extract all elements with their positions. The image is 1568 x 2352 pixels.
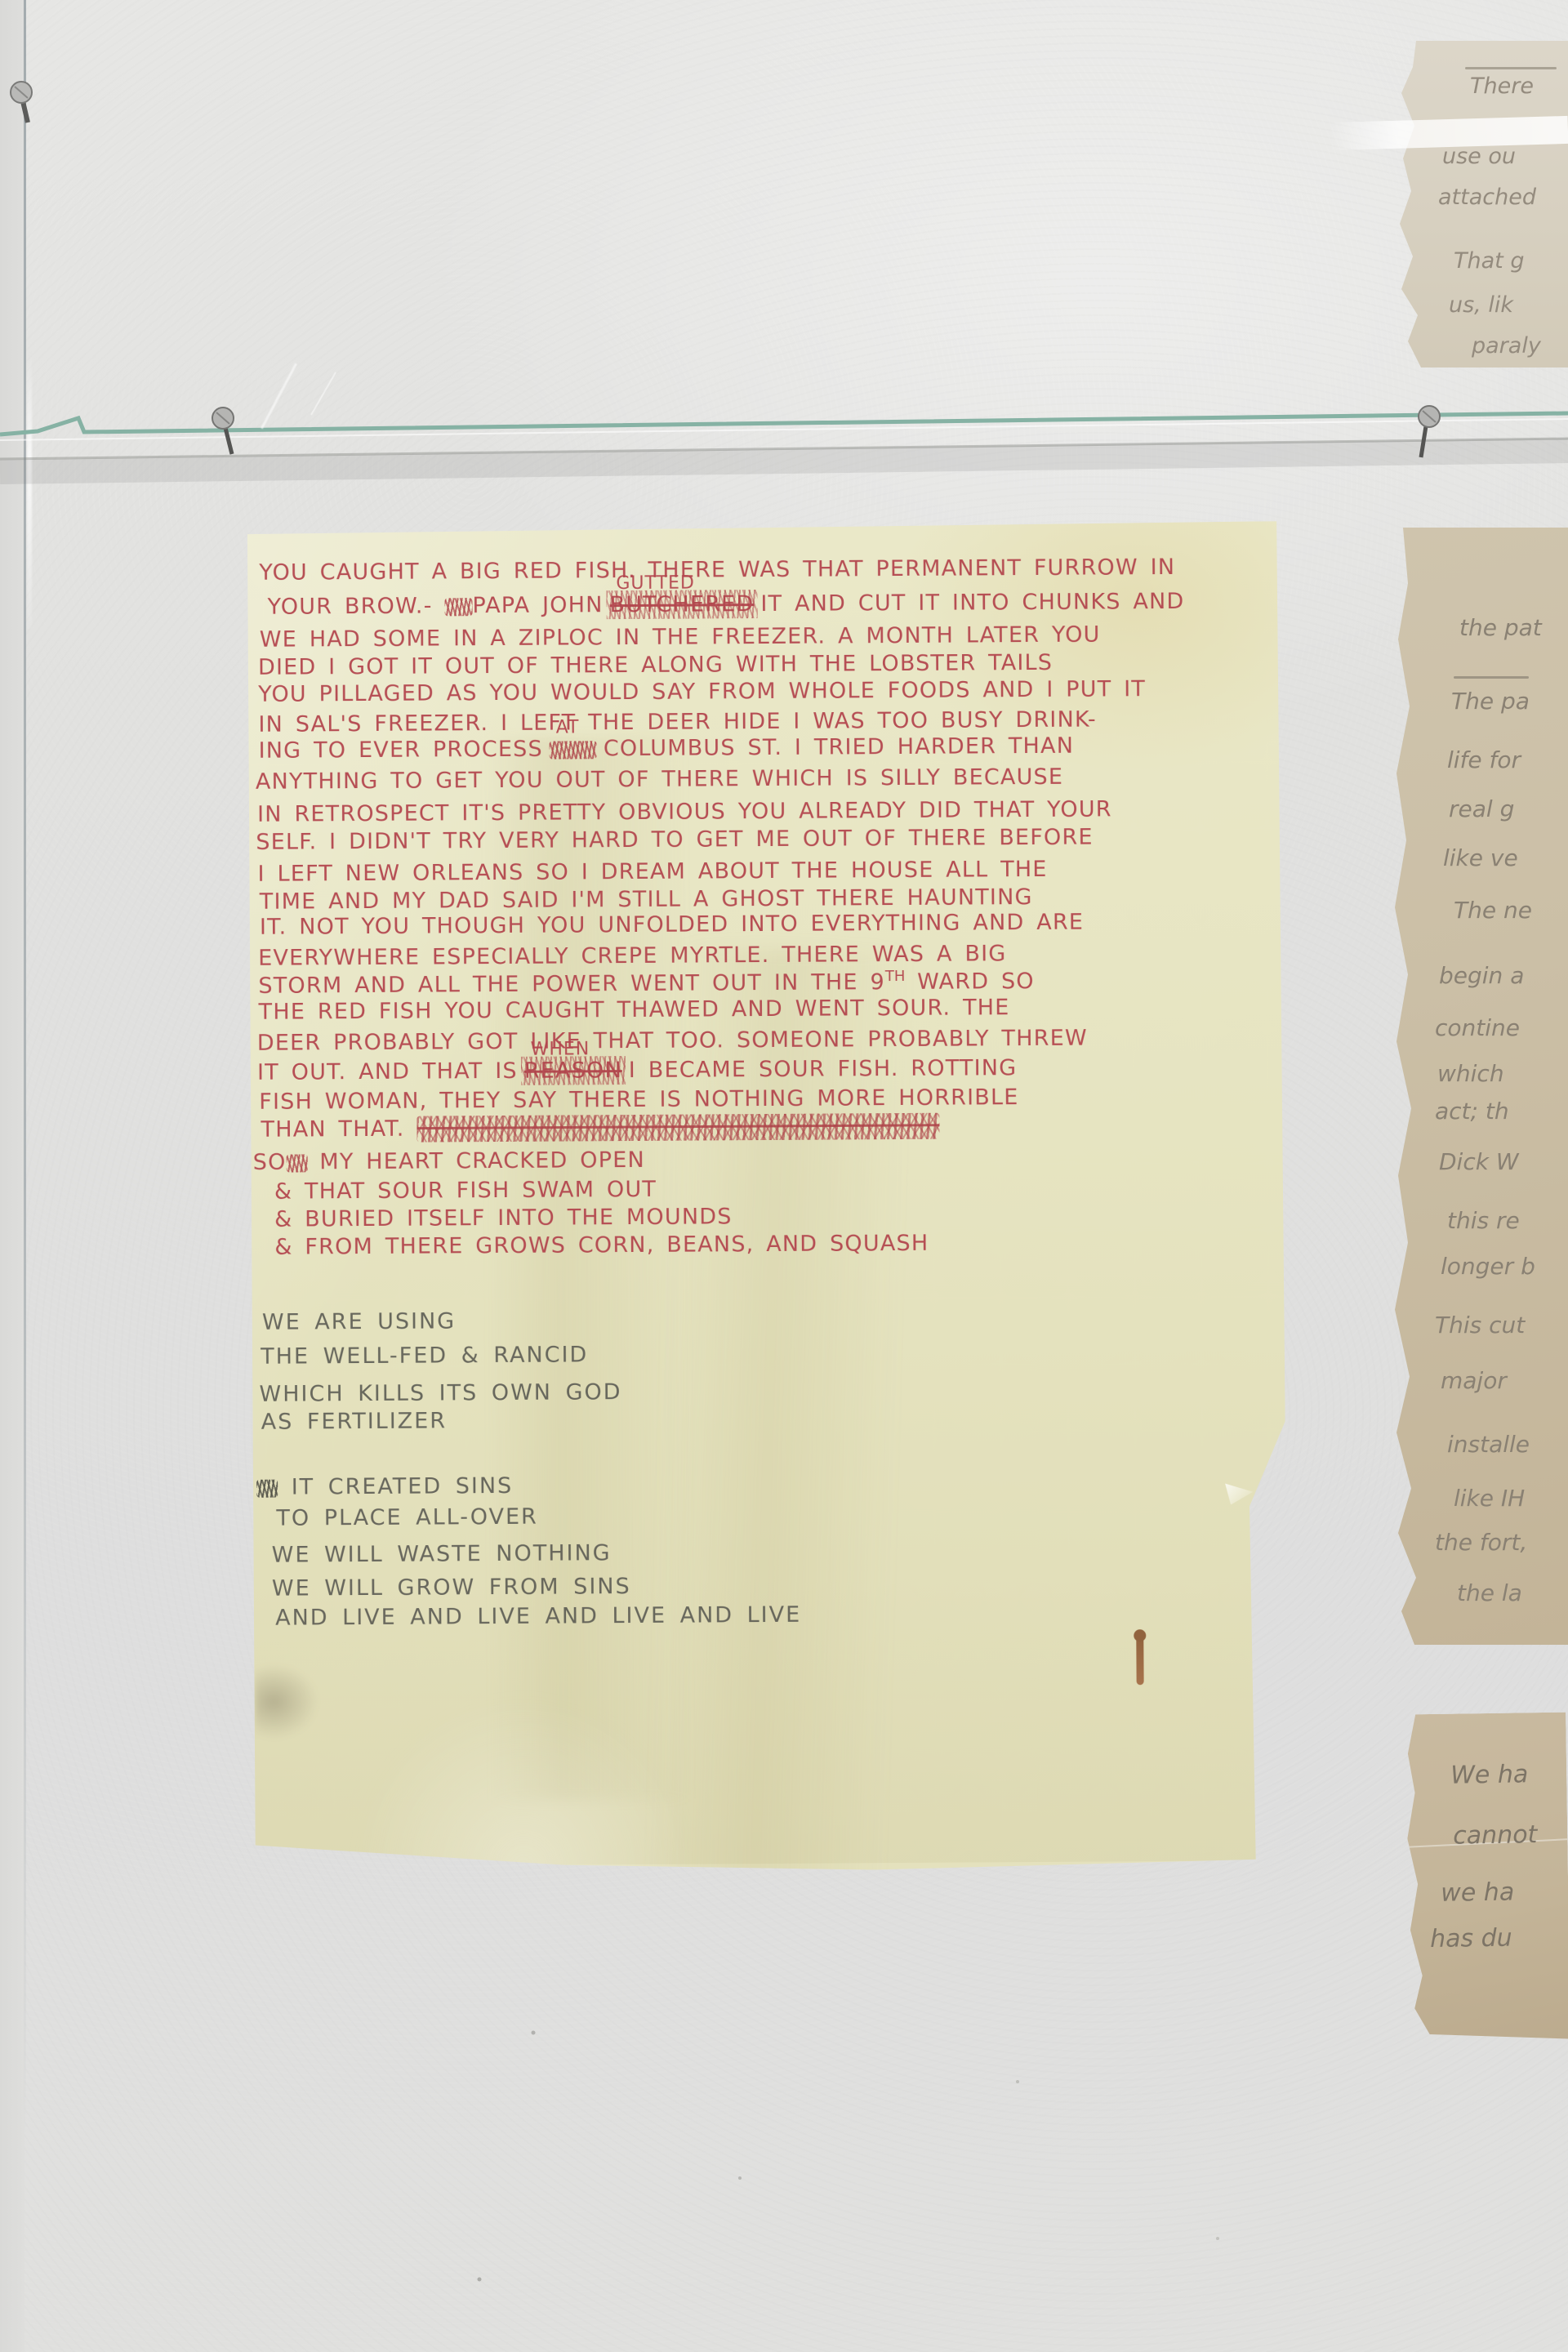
cursive-line: This cut — [1435, 1312, 1525, 1339]
handwritten-text: TO PLACE ALL-OVER — [276, 1504, 538, 1531]
handwritten-text: We ha — [1450, 1760, 1529, 1789]
handwritten-text: I LEFT NEW ORLEANS SO I DREAM ABOUT THE … — [257, 857, 1047, 887]
ink-scribble — [286, 1154, 307, 1172]
cursive-line: We ha — [1450, 1760, 1529, 1789]
handwritten-text: Dick W — [1439, 1148, 1519, 1175]
handwritten-text: the la — [1457, 1579, 1522, 1606]
cursive-line: begin a — [1439, 962, 1524, 989]
pencil-line: IT CREATED SINS — [256, 1473, 513, 1500]
red-ink-line: THAN THAT. — [261, 1113, 939, 1143]
handwritten-text: contine — [1435, 1014, 1520, 1041]
handwritten-text: There — [1470, 73, 1534, 99]
inserted-word: AT — [556, 717, 580, 737]
pencil-stroke — [1465, 67, 1557, 69]
red-ink-line: YOUR BROW.- PAPA JOHNGUTTEDBUTCHEREDIT A… — [267, 589, 1184, 620]
pencil-line: WHICH KILLS ITS OWN GOD — [259, 1379, 621, 1407]
handwritten-text: this re — [1447, 1207, 1520, 1234]
red-ink-line: IT. NOT YOU THOUGH YOU UNFOLDED INTO EVE… — [260, 910, 1084, 940]
cursive-line: which — [1437, 1060, 1504, 1087]
handwritten-text: WE WILL GROW FROM SINS — [272, 1574, 631, 1601]
red-ink-line: IT OUT. AND THAT ISWHENREASONI BECAME SO… — [257, 1055, 1017, 1085]
handwritten-text: life for — [1447, 746, 1521, 773]
handwritten-text: THE RED FISH YOU CAUGHT THAWED AND WENT … — [259, 995, 1010, 1025]
pencil-line: WE ARE USING — [262, 1308, 456, 1334]
red-ink-line: WE HAD SOME IN A ZIPLOC IN THE FREEZER. … — [260, 621, 1101, 652]
smudge-stain — [254, 1664, 318, 1739]
handwritten-text: & FROM THERE GROWS CORN, BEANS, AND SQUA… — [274, 1231, 929, 1260]
handwritten-text: which — [1437, 1060, 1504, 1087]
cursive-line: this re — [1447, 1207, 1520, 1234]
superscript-text: TH — [885, 968, 906, 985]
cursive-line: the pat — [1459, 614, 1542, 641]
red-ink-line: STORM AND ALL THE POWER WENT OUT IN THE … — [258, 967, 1035, 999]
handwritten-text: & BURIED ITSELF INTO THE MOUNDS — [274, 1204, 733, 1232]
side-note-middle: the patThe palife forreal glike veThe ne… — [1390, 528, 1568, 1645]
handwritten-text: begin a — [1439, 962, 1524, 989]
cursive-line: cannot — [1453, 1820, 1538, 1850]
handwritten-text: like ve — [1443, 844, 1518, 871]
cursive-line: That g — [1454, 248, 1524, 274]
cursive-line: longer b — [1441, 1253, 1535, 1280]
red-ink-line: IN SAL'S FREEZER. I LEFT THE DEER HIDE I… — [258, 707, 1097, 737]
side-note-bottom: We hacannotwe hahas du — [1404, 1713, 1568, 2042]
cursive-line: use ou — [1442, 144, 1516, 169]
handwritten-text: act; th — [1435, 1098, 1509, 1125]
inline-edit: GUTTEDBUTCHERED — [609, 591, 754, 617]
handwritten-text: COLUMBUS ST. I TRIED HARDER THAN — [604, 733, 1074, 762]
handwritten-text: YOU CAUGHT A BIG RED FISH. THERE WAS THA… — [259, 555, 1175, 586]
red-ink-line: DEER PROBABLY GOT LIKE THAT TOO. SOMEONE… — [257, 1026, 1088, 1056]
glass-shelf-edge — [0, 413, 1568, 434]
ink-scribble — [550, 741, 597, 759]
handwritten-text: ANYTHING TO GET YOU OUT OF THERE WHICH I… — [256, 764, 1063, 795]
pencil-line: TO PLACE ALL-OVER — [276, 1504, 538, 1531]
red-ink-line: YOU PILLAGED AS YOU WOULD SAY FROM WHOLE… — [258, 676, 1146, 707]
red-ink-line: FISH WOMAN, THEY SAY THERE IS NOTHING MO… — [259, 1085, 1018, 1115]
handwritten-text: IN SAL'S FREEZER. I LEFT THE DEER HIDE I… — [258, 707, 1097, 737]
cursive-line: major — [1441, 1367, 1507, 1394]
handwritten-text: This cut — [1435, 1312, 1525, 1339]
red-ink-line: YOU CAUGHT A BIG RED FISH. THERE WAS THA… — [259, 555, 1175, 586]
pencil-line: WE WILL GROW FROM SINS — [272, 1574, 631, 1601]
handwritten-text: IT. NOT YOU THOUGH YOU UNFOLDED INTO EVE… — [260, 910, 1084, 940]
handwritten-text: DEER PROBABLY GOT LIKE THAT TOO. SOMEONE… — [257, 1026, 1088, 1056]
cursive-line: we ha — [1441, 1878, 1514, 1908]
handwritten-text: The ne — [1454, 897, 1532, 924]
handwritten-text: IT AND CUT IT INTO CHUNKS AND — [760, 589, 1184, 617]
pencil-stroke — [1454, 676, 1529, 679]
inline-edit: AT — [550, 736, 597, 761]
handwritten-text: IN RETROSPECT IT'S PRETTY OBVIOUS YOU AL… — [257, 796, 1112, 826]
cursive-line: has du — [1430, 1924, 1512, 1953]
red-ink-line: ING TO EVER PROCESSATCOLUMBUS ST. I TRIE… — [259, 733, 1075, 764]
cursive-line: contine — [1435, 1014, 1520, 1041]
handwritten-text: WE HAD SOME IN A ZIPLOC IN THE FREEZER. … — [260, 621, 1101, 652]
handwritten-text: us, lik — [1449, 292, 1513, 318]
handwritten-text: we ha — [1441, 1878, 1514, 1908]
cursive-line: the la — [1457, 1579, 1522, 1606]
red-ink-line: ANYTHING TO GET YOU OUT OF THERE WHICH I… — [256, 764, 1063, 795]
ink-scribble — [444, 598, 472, 616]
handwritten-text: installe — [1447, 1431, 1530, 1458]
cursive-line: like ve — [1443, 844, 1518, 871]
handwritten-text: & THAT SOUR FISH SWAM OUT — [274, 1177, 657, 1205]
red-ink-line: IN RETROSPECT IT'S PRETTY OBVIOUS YOU AL… — [257, 796, 1112, 826]
fold-highlight — [1225, 1483, 1253, 1504]
red-ink-line: THE RED FISH YOU CAUGHT THAWED AND WENT … — [259, 995, 1010, 1025]
cursive-line: the fort, — [1435, 1529, 1527, 1556]
handwritten-text: the fort, — [1435, 1529, 1527, 1556]
handwritten-text: paraly — [1472, 333, 1541, 359]
handwritten-text: IT OUT. AND THAT IS — [257, 1058, 518, 1085]
pencil-line: AND LIVE AND LIVE AND LIVE AND LIVE — [275, 1602, 801, 1631]
handwritten-text: AND LIVE AND LIVE AND LIVE AND LIVE — [275, 1602, 801, 1631]
scribbled-out-text — [416, 1113, 939, 1143]
handwritten-text: SO — [253, 1150, 287, 1175]
handwritten-text: PAPA JOHN — [472, 592, 603, 618]
cursive-line: attached — [1438, 185, 1536, 210]
handwritten-text: cannot — [1453, 1820, 1538, 1850]
handwritten-text: longer b — [1441, 1253, 1535, 1280]
screw-icon — [11, 82, 32, 122]
drip-stain — [1136, 1634, 1143, 1685]
handwritten-text: WE ARE USING — [262, 1308, 456, 1334]
red-ink-line: EVERYWHERE ESPECIALLY CREPE MYRTLE. THER… — [258, 941, 1006, 971]
cursive-line: There — [1470, 73, 1534, 99]
handwritten-text: the pat — [1459, 614, 1542, 641]
handwritten-text: THAN THAT. — [261, 1116, 416, 1143]
cursive-line: like IH — [1454, 1485, 1525, 1512]
cursive-line: us, lik — [1449, 292, 1513, 318]
handwritten-text: use ou — [1442, 144, 1516, 169]
cursive-line: The pa — [1451, 688, 1530, 715]
handwritten-text: WARD SO — [905, 969, 1035, 995]
cursive-line: act; th — [1435, 1098, 1509, 1125]
pencil-line: AS FERTILIZER — [261, 1408, 448, 1434]
handwritten-text: attached — [1438, 185, 1536, 210]
handwritten-text: WHICH KILLS ITS OWN GOD — [259, 1379, 621, 1407]
handwritten-text: DIED I GOT IT OUT OF THERE ALONG WITH TH… — [258, 650, 1053, 680]
handwritten-text: MY HEART CRACKED OPEN — [307, 1147, 645, 1175]
red-ink-line: SO MY HEART CRACKED OPEN — [253, 1147, 645, 1175]
handwritten-text: I BECAME SOUR FISH. ROTTING — [629, 1055, 1018, 1083]
red-ink-line: SELF. I DIDN'T TRY VERY HARD TO GET ME O… — [256, 825, 1094, 855]
cursive-line: installe — [1447, 1431, 1530, 1458]
handwritten-text: The pa — [1451, 688, 1530, 715]
handwritten-text: YOU PILLAGED AS YOU WOULD SAY FROM WHOLE… — [258, 676, 1146, 707]
cursive-line: paraly — [1472, 333, 1541, 359]
handwritten-text: STORM AND ALL THE POWER WENT OUT IN THE … — [258, 969, 885, 999]
red-ink-line: & BURIED ITSELF INTO THE MOUNDS — [274, 1204, 733, 1232]
handwritten-text: like IH — [1454, 1485, 1525, 1512]
handwritten-text: WE WILL WASTE NOTHING — [272, 1540, 612, 1568]
handwritten-text: AS FERTILIZER — [261, 1408, 448, 1434]
pencil-scribble — [256, 1480, 278, 1498]
struck-word: BUTCHERED — [609, 591, 754, 617]
pencil-line: THE WELL-FED & RANCID — [261, 1342, 588, 1369]
cursive-line: Dick W — [1439, 1148, 1519, 1175]
red-ink-line: & FROM THERE GROWS CORN, BEANS, AND SQUA… — [274, 1231, 929, 1260]
side-note-top: Thereuse ouattachedThat gus, likparaly — [1393, 41, 1568, 367]
handwritten-text: IT CREATED SINS — [278, 1473, 513, 1500]
handwritten-text: SELF. I DIDN'T TRY VERY HARD TO GET ME O… — [256, 825, 1094, 855]
main-handwritten-note: YOU CAUGHT A BIG RED FISH. THERE WAS THA… — [246, 521, 1288, 1875]
struck-word: REASON — [524, 1058, 622, 1084]
handwritten-text: has du — [1430, 1924, 1512, 1953]
red-ink-line: DIED I GOT IT OUT OF THERE ALONG WITH TH… — [258, 650, 1053, 680]
red-ink-line: I LEFT NEW ORLEANS SO I DREAM ABOUT THE … — [257, 857, 1047, 887]
red-ink-line: & THAT SOUR FISH SWAM OUT — [274, 1177, 657, 1205]
handwritten-text: YOUR BROW.- — [267, 593, 444, 619]
handwritten-text: major — [1441, 1367, 1507, 1394]
handwritten-text: EVERYWHERE ESPECIALLY CREPE MYRTLE. THER… — [258, 941, 1006, 971]
handwritten-text: FISH WOMAN, THEY SAY THERE IS NOTHING MO… — [259, 1085, 1018, 1115]
cursive-line: real g — [1449, 795, 1514, 822]
cursive-line: The ne — [1454, 897, 1532, 924]
handwritten-text: ING TO EVER PROCESS — [259, 737, 543, 764]
handwritten-text: That g — [1454, 248, 1524, 274]
handwritten-text: THE WELL-FED & RANCID — [261, 1342, 588, 1369]
cursive-line: life for — [1447, 746, 1521, 773]
pencil-line: WE WILL WASTE NOTHING — [272, 1540, 612, 1568]
inline-edit: WHENREASON — [524, 1058, 622, 1084]
handwritten-text: real g — [1449, 795, 1514, 822]
